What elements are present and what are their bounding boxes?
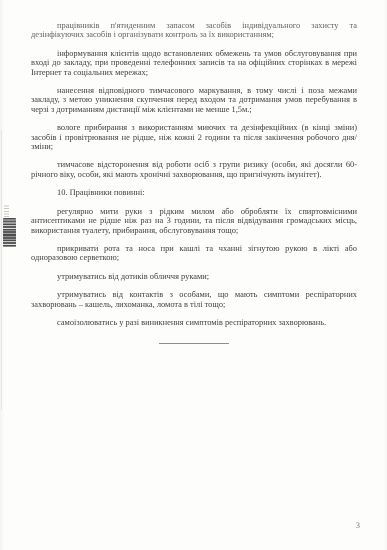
barcode-label-marks: [4, 205, 9, 217]
barcode-sticker-icon: [3, 205, 16, 247]
document-paragraph: працівників п'ятиденним запасом засобів …: [31, 21, 357, 40]
document-paragraph: нанесення відповідного тимчасового марку…: [31, 86, 357, 114]
document-paragraph: регулярно мити руки з рідким милом або о…: [31, 207, 357, 235]
document-paragraph: самоізолюватись у разі виникнення симпто…: [31, 318, 357, 327]
signature-divider-line: [159, 343, 229, 344]
document-paragraph: тимчасове відсторонення від роботи осіб …: [31, 160, 357, 179]
document-paragraph: прикривати рота та носа при кашлі та чха…: [31, 244, 357, 263]
document-text-block: працівників п'ятиденним запасом засобів …: [31, 21, 357, 344]
section-heading-10: 10. Працівники повинні:: [31, 188, 357, 197]
barcode-bars: [3, 218, 16, 247]
scan-edge-line: [1, 130, 2, 410]
document-paragraph: інформування клієнтів щодо встановлених …: [31, 49, 357, 77]
scanned-document-page: працівників п'ятиденним запасом засобів …: [0, 0, 387, 550]
document-paragraph: утримуватись від контактів з особами, що…: [31, 290, 357, 309]
document-paragraph: утримуватись від дотиків обличчя руками;: [31, 272, 357, 281]
document-paragraph: вологе прибирання з використанням миючих…: [31, 123, 357, 151]
page-number: 3: [356, 520, 360, 530]
